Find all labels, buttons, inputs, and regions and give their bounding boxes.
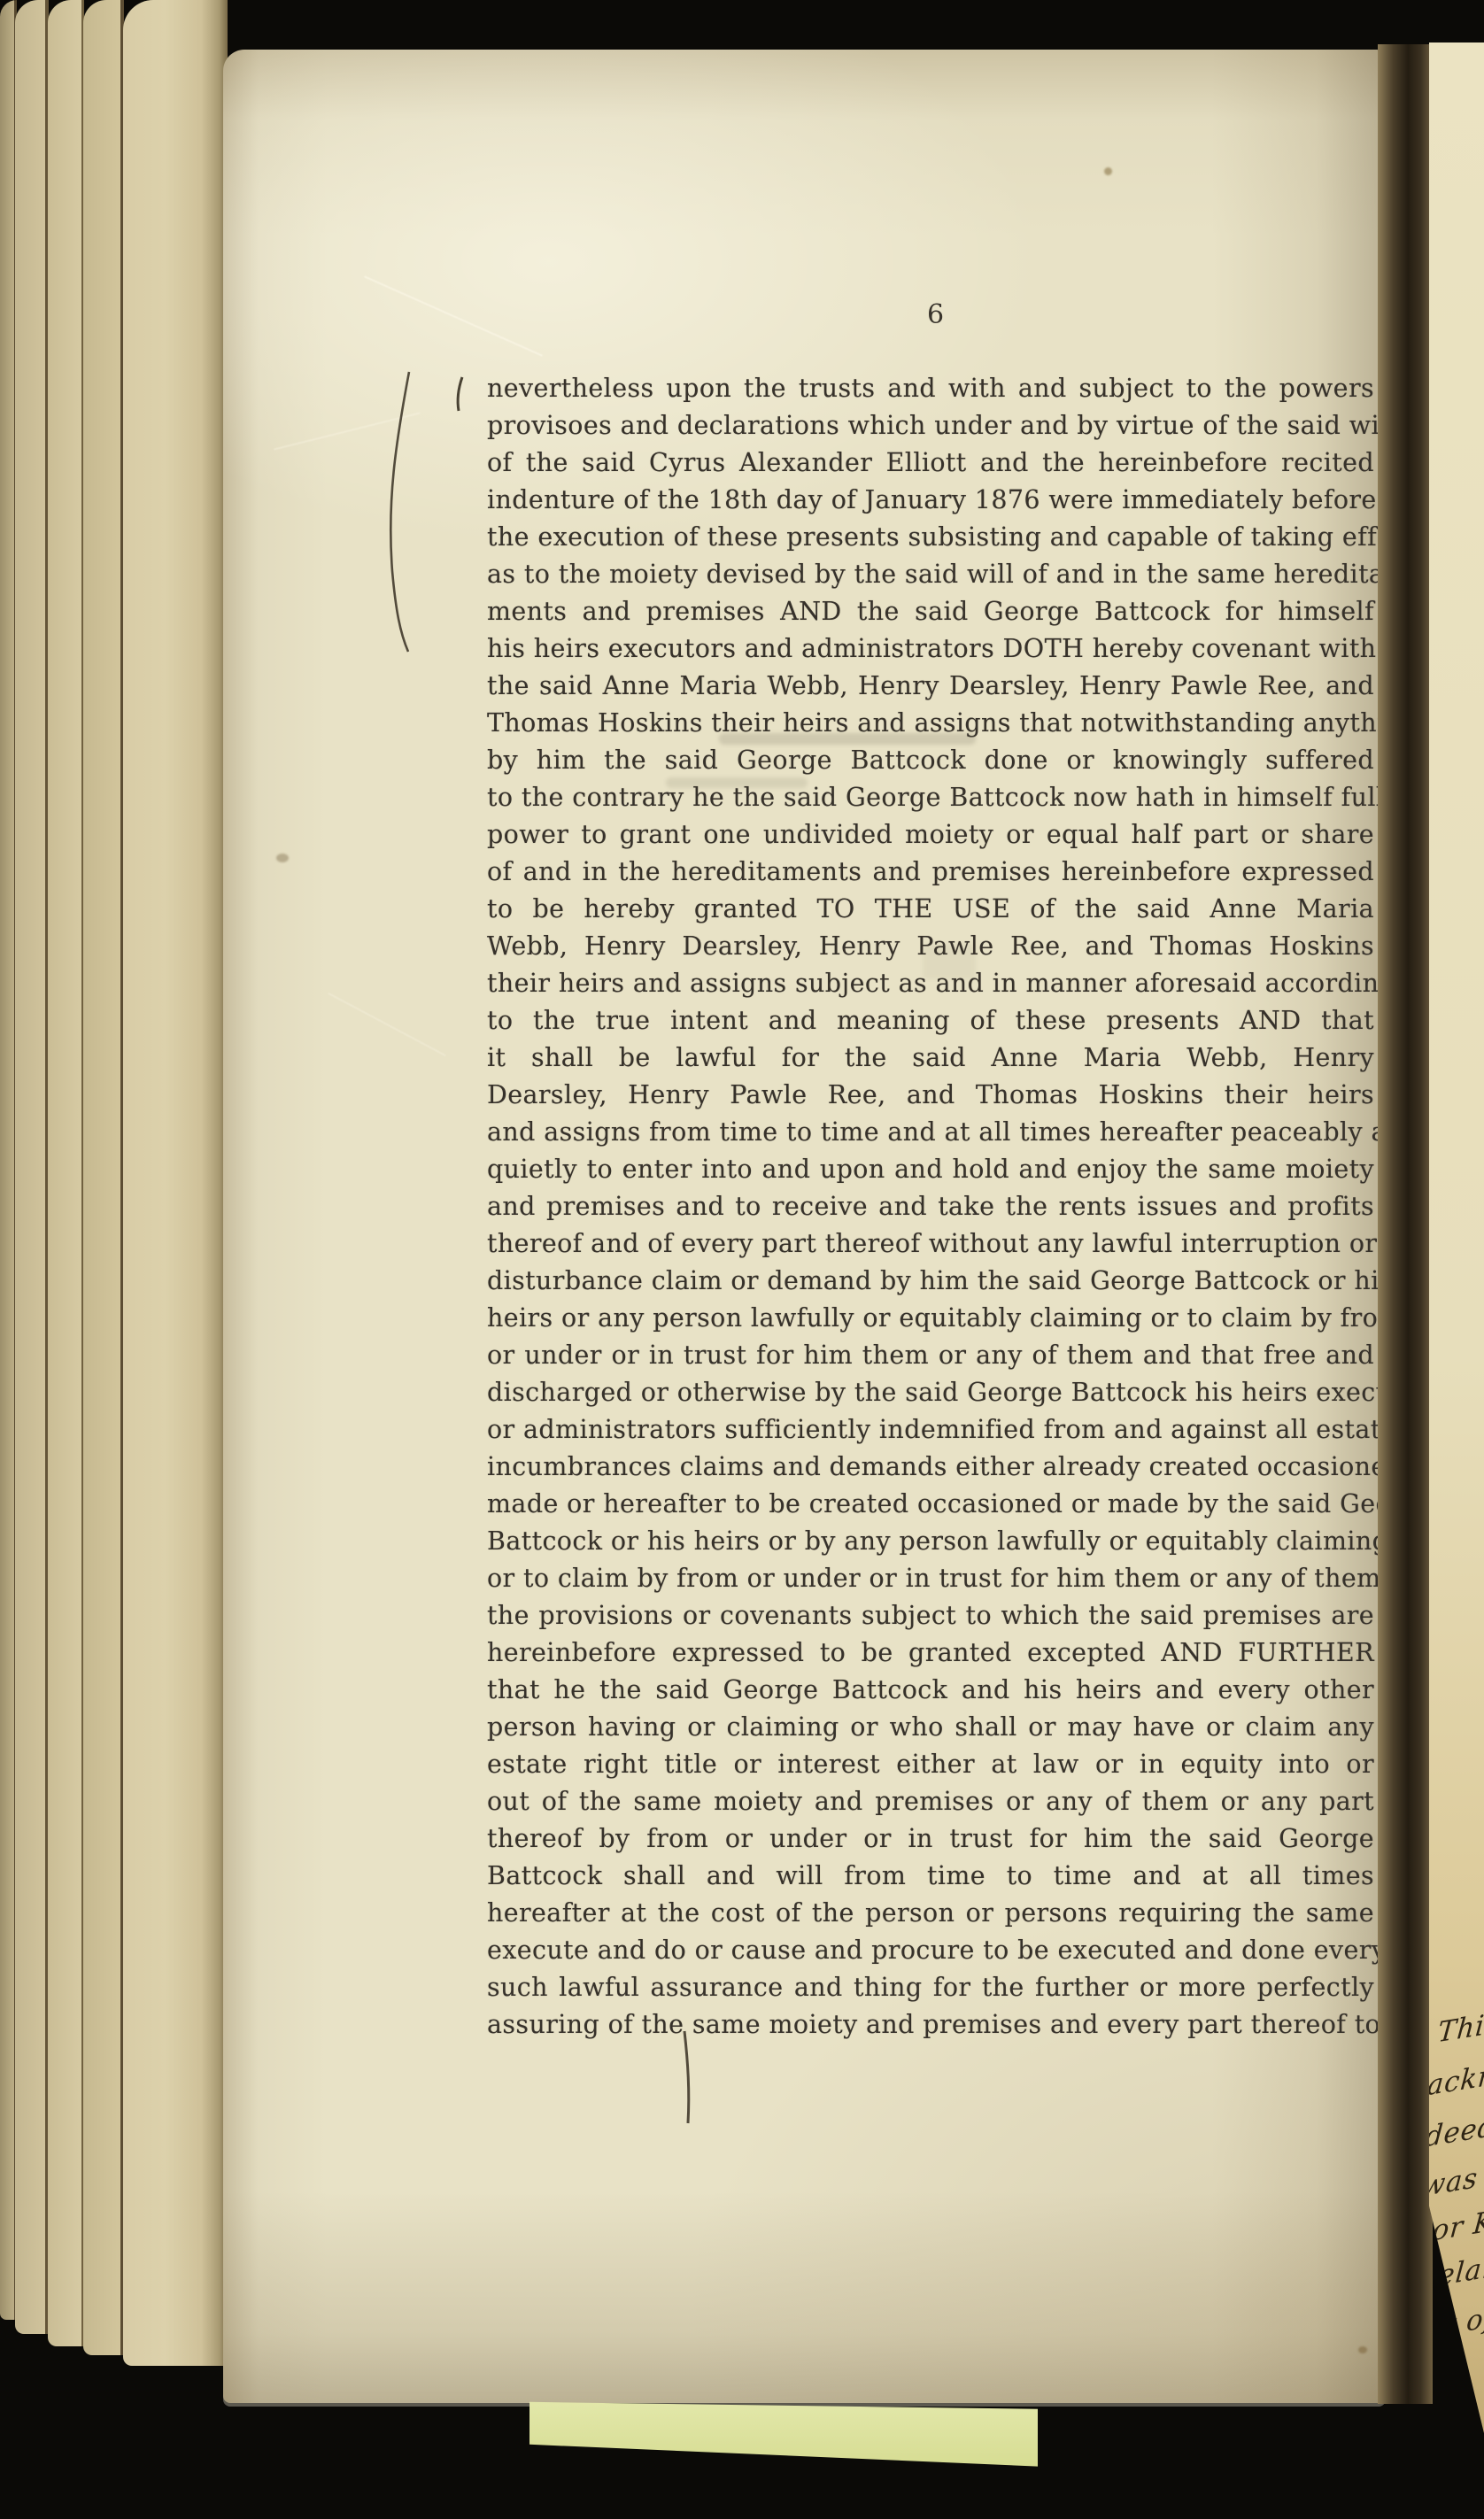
text-line: and assigns from time to time and at all… — [487, 1114, 1374, 1151]
handwriting-fragment: This — [1436, 2006, 1484, 2049]
text-line: to be hereby granted TO THE USE of the s… — [487, 891, 1374, 928]
paper-smudge — [666, 777, 808, 788]
text-line: execute and do or cause and procure to b… — [487, 1932, 1374, 1969]
text-line: by him the said George Battcock done or … — [487, 742, 1374, 779]
handwriting-fragment: heland — [1429, 2247, 1484, 2296]
text-line: out of the same moiety and premises or a… — [487, 1783, 1374, 1820]
text-line: of the said Cyrus Alexander Elliott and … — [487, 444, 1374, 482]
paper-scratch — [364, 275, 543, 356]
main-page: 6 nevertheless upon the trusts and with … — [223, 50, 1386, 2403]
text-line: discharged or otherwise by the said Geor… — [487, 1374, 1374, 1411]
paper-scratch — [328, 993, 445, 1056]
text-line: power to grant one undivided moiety or e… — [487, 816, 1374, 854]
paper-smudge — [719, 733, 976, 745]
handwriting-fragment: was ex — [1429, 2155, 1484, 2204]
text-line: ments and premises AND the said George B… — [487, 593, 1374, 630]
text-line: heirs or any person lawfully or equitabl… — [487, 1300, 1374, 1337]
text-line: incumbrances claims and demands either a… — [487, 1449, 1374, 1486]
text-line: it shall be lawful for the said Anne Mar… — [487, 1039, 1374, 1077]
text-line: provisoes and declarations which under a… — [487, 407, 1374, 444]
text-line: hereinbefore expressed to be granted exc… — [487, 1634, 1374, 1672]
text-line: nevertheless upon the trusts and with an… — [487, 370, 1374, 407]
text-line: or to claim by from or under or in trust… — [487, 1560, 1374, 1597]
page-edge-strip — [123, 0, 228, 2366]
text-line: the execution of these presents subsisti… — [487, 519, 1374, 556]
text-line: to the true intent and meaning of these … — [487, 1002, 1374, 1039]
handwriting-fragment: ay of M — [1429, 2295, 1484, 2345]
paper-stain — [276, 854, 289, 862]
text-line: made or hereafter to be created occasion… — [487, 1486, 1374, 1523]
text-line: Battcock shall and will from time to tim… — [487, 1858, 1374, 1895]
next-page-sliver: Thisackndeed (was exor Knohelanday of M — [1429, 42, 1484, 2433]
text-line: of and in the hereditaments and premises… — [487, 854, 1374, 891]
page-edge-strip — [48, 0, 84, 2346]
handwriting-fragment: or Kno — [1431, 2199, 1484, 2247]
text-line: thereof by from or under or in trust for… — [487, 1820, 1374, 1858]
paper-scratch — [274, 412, 420, 450]
text-line: that he the said George Battcock and his… — [487, 1672, 1374, 1709]
handwriting-fragment: ackn — [1429, 2059, 1484, 2102]
paper-smudge — [923, 944, 976, 979]
text-line: his heirs executors and administrators D… — [487, 630, 1374, 668]
gutter-shadow — [1378, 44, 1433, 2404]
text-line: hereafter at the cost of the person or p… — [487, 1895, 1374, 1932]
text-line: Battcock or his heirs or by any person l… — [487, 1523, 1374, 1560]
text-line: Dearsley, Henry Pawle Ree, and Thomas Ho… — [487, 1077, 1374, 1114]
page-edge-strip — [15, 0, 49, 2334]
text-line: or administrators sufficiently indemnifi… — [487, 1411, 1374, 1449]
text-line: thereof and of every part thereof withou… — [487, 1225, 1374, 1263]
text-line: assuring of the same moiety and premises… — [487, 2006, 1374, 2044]
text-line: indenture of the 18th day of January 187… — [487, 482, 1374, 519]
paper-stain — [1358, 2346, 1367, 2353]
page-edge-strip — [83, 0, 124, 2355]
text-line: to the contrary he the said George Battc… — [487, 779, 1374, 816]
text-line: or under or in trust for him them or any… — [487, 1337, 1374, 1374]
text-line: estate right title or interest either at… — [487, 1746, 1374, 1783]
paper-stain — [1104, 167, 1112, 175]
book-photo: 6 nevertheless upon the trusts and with … — [0, 0, 1484, 2519]
yellow-slip — [529, 2398, 1038, 2469]
text-line: the provisions or covenants subject to w… — [487, 1597, 1374, 1634]
text-line: the said Anne Maria Webb, Henry Dearsley… — [487, 668, 1374, 705]
text-line: and premises and to receive and take the… — [487, 1188, 1374, 1225]
page-text: nevertheless upon the trusts and with an… — [487, 370, 1374, 2044]
handwriting-fragment: deed ( — [1429, 2106, 1484, 2153]
text-line: disturbance claim or demand by him the s… — [487, 1263, 1374, 1300]
page-number: 6 — [896, 299, 976, 330]
text-line: such lawful assurance and thing for the … — [487, 1969, 1374, 2006]
text-line: as to the moiety devised by the said wil… — [487, 556, 1374, 593]
text-line: person having or claiming or who shall o… — [487, 1709, 1374, 1746]
text-line: quietly to enter into and upon and hold … — [487, 1151, 1374, 1188]
